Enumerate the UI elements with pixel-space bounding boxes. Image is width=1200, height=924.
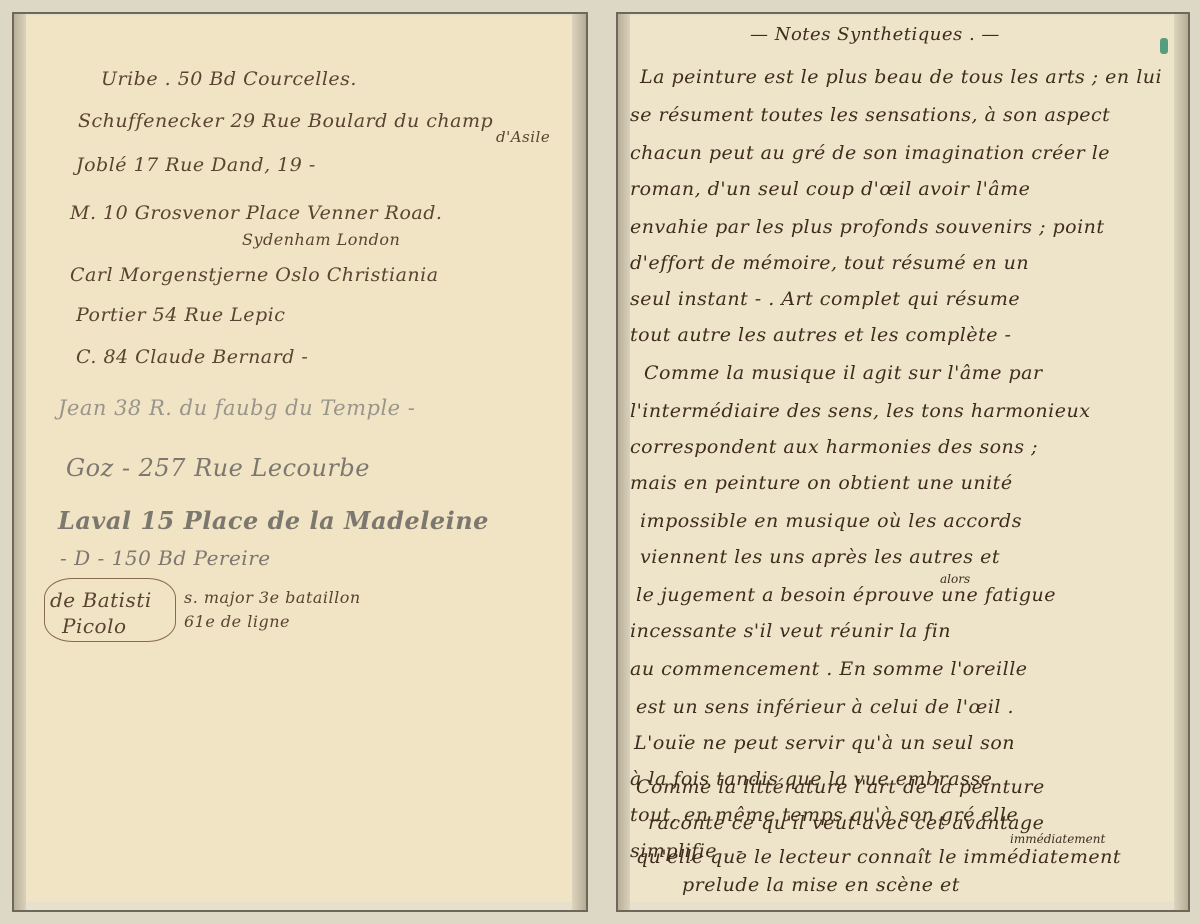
mat-bevel-shadow xyxy=(572,14,586,910)
text-line: tout autre les autres et les complète - xyxy=(630,324,1011,346)
address-line: 61e de ligne xyxy=(184,612,290,631)
text-line: est un sens inférieur à celui de l'œil . xyxy=(636,696,1014,718)
address-line: Laval 15 Place de la Madeleine xyxy=(58,506,489,535)
text-line: se résument toutes les sensations, à son… xyxy=(630,104,1110,126)
text-line: correspondent aux harmonies des sons ; xyxy=(630,436,1038,458)
address-line: Goz - 257 Rue Lecourbe xyxy=(66,454,370,482)
address-line: Sydenham London xyxy=(242,230,400,249)
text-line: le jugement a besoin éprouve une fatigue xyxy=(636,584,1056,606)
address-line: - D - 150 Bd Pereire xyxy=(60,546,271,570)
page-heading: — Notes Synthetiques . — xyxy=(750,24,1000,45)
text-line: d'effort de mémoire, tout résumé en un xyxy=(630,252,1029,274)
left-manuscript-page: Uribe . 50 Bd Courcelles. Schuffenecker … xyxy=(26,16,572,902)
text-line: incessante s'il veut réunir la fin xyxy=(630,620,951,642)
text-line: l'intermédiaire des sens, les tons harmo… xyxy=(630,400,1090,422)
text-line: seul instant - . Art complet qui résume xyxy=(630,288,1020,310)
text-line: envahie par les plus profonds souvenirs … xyxy=(630,216,1105,238)
address-line: Schuffenecker 29 Rue Boulard du champ xyxy=(78,110,493,132)
text-line: raconte ce qu'il veut avec cet avantage xyxy=(648,812,1044,834)
text-line: roman, d'un seul coup d'œil avoir l'âme xyxy=(630,178,1030,200)
text-line: au commencement . En somme l'oreille xyxy=(630,658,1028,680)
text-line: Comme la musique il agit sur l'âme par xyxy=(644,362,1043,384)
right-manuscript-page: — Notes Synthetiques . — La peinture est… xyxy=(630,16,1174,902)
text-line: prelude la mise en scène et xyxy=(682,874,960,896)
address-line: d'Asile xyxy=(496,128,550,146)
mat-bevel-shadow xyxy=(618,14,630,910)
address-line: Carl Morgenstjerne Oslo Christiania xyxy=(70,264,439,286)
text-line: La peinture est le plus beau de tous les… xyxy=(640,66,1162,88)
text-line: mais en peinture on obtient une unité xyxy=(630,472,1013,494)
text-line: chacun peut au gré de son imagination cr… xyxy=(630,142,1110,164)
left-page-mount: Uribe . 50 Bd Courcelles. Schuffenecker … xyxy=(12,12,588,912)
address-line: C. 84 Claude Bernard - xyxy=(76,346,308,368)
address-line: Uribe . 50 Bd Courcelles. xyxy=(101,68,357,90)
address-line: M. 10 Grosvenor Place Venner Road. xyxy=(70,202,442,224)
mat-bevel-shadow xyxy=(14,14,26,910)
insertion-above-line: immédiatement xyxy=(1010,832,1105,846)
green-stain-mark xyxy=(1160,38,1168,54)
text-line: qu'elle que le lecteur connaît le immédi… xyxy=(636,846,1121,868)
text-line: viennent les uns après les autres et xyxy=(640,546,1000,568)
address-line: Joblé 17 Rue Dand, 19 - xyxy=(76,154,316,176)
mat-bevel-shadow xyxy=(1174,14,1188,910)
address-line: s. major 3e bataillon xyxy=(184,588,361,607)
text-line: Comme la littérature l'art de la peintur… xyxy=(636,776,1045,798)
address-line: Picolo xyxy=(62,614,127,638)
text-line: L'ouïe ne peut servir qu'à un seul son xyxy=(634,732,1015,754)
address-line: Jean 38 R. du faubg du Temple - xyxy=(58,396,415,420)
address-line: de Batisti xyxy=(50,588,152,612)
text-line: impossible en musique où les accords xyxy=(640,510,1022,532)
address-line: Portier 54 Rue Lepic xyxy=(76,304,285,326)
